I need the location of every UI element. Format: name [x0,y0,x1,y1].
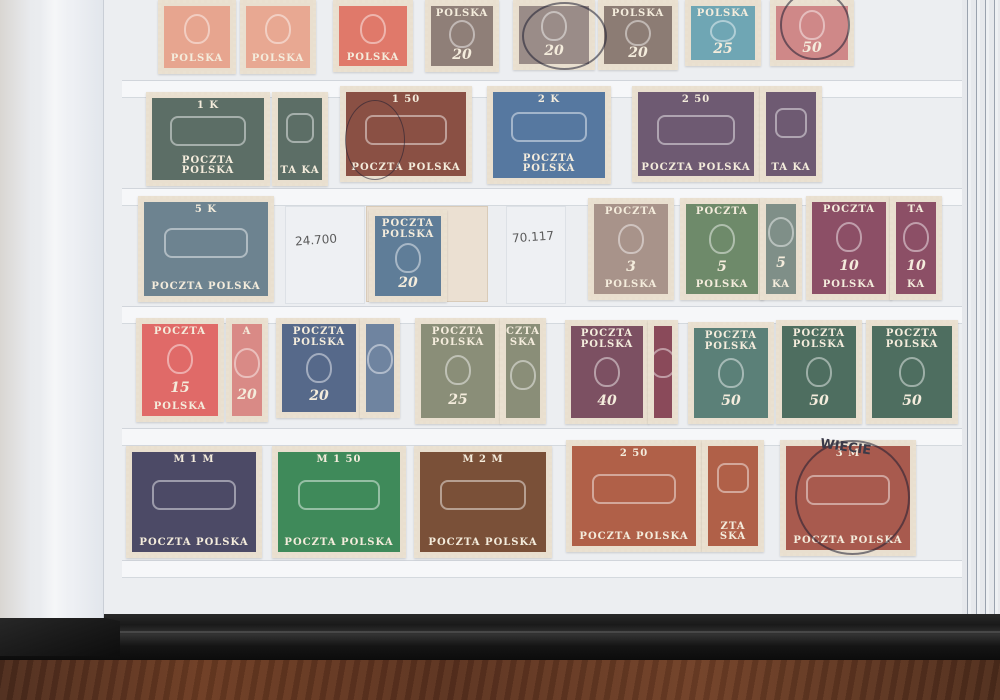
stamp-face: TA10KA [896,202,936,294]
stamp-face: POCZTA10POLSKA [812,202,886,294]
stamp-eagle [360,318,400,418]
stamp-value: 25 [713,42,732,57]
stamp-top-text: POCZTA POLSKA [784,329,854,350]
stamp-top-text: M 1 50 [317,455,362,466]
stamp-face: POLSKA [339,6,407,66]
stamp-eagle: POCZTA POLSKA50 [866,320,958,424]
strip-pocket [122,560,962,578]
stamp-top-text: POCZTA [605,207,657,218]
stamp-eagle: POCZTA10POLSKA [806,196,892,300]
stamp-top-text: 2 50 [682,95,710,106]
stamp-top-text: A [243,327,252,338]
stamp-face: POCZTA POLSKA25 [421,324,495,418]
eagle-emblem-icon [367,344,393,374]
eagle-emblem-icon [449,20,475,49]
stamp-landscape: 2 50POCZTA POLSKA [566,440,702,552]
stamp-face: POCZTA15POLSKA [142,324,218,416]
stamp-face: 5 KPOCZTA POLSKA [144,202,268,296]
stamp-face: POCZTA POLSKA20 [282,324,356,412]
stamp-value: 20 [237,388,256,403]
eagle-emblem-icon [768,217,794,247]
landscape-vignette-icon [717,463,749,493]
castle-vignette-icon [286,113,314,143]
stamp-value: 15 [170,381,189,396]
eagle-emblem-icon [360,14,386,44]
stamp-eagle: POCZTA POLSKA20 [276,318,362,418]
stamp-face: POLSKA [246,6,310,68]
stamp-eagle: POCZTA POLSKA40 [565,320,649,424]
eagle-emblem-icon [899,357,925,387]
stamp-face: M 1 50POCZTA POLSKA [278,452,400,552]
stamp-bottom-text: POLSKA [154,402,207,413]
stamp-value: 40 [597,394,616,409]
landscape-vignette-icon [775,108,807,138]
stamp-bottom-text: POCZTA POLSKA [284,538,393,549]
pencil-note: 70.117 [512,229,553,246]
stamp-eagle: POLSKA20 [425,0,499,72]
stamp-eagle: POCZTA POLSKA50 [688,322,774,424]
stamp-bottom-text: KA [772,280,790,291]
stamp-value: 50 [802,41,821,56]
stamp-value: 10 [839,259,858,274]
stamp-landscape: TA KA [760,86,822,182]
stamp-eagle: POCZTA POLSKA20 [369,210,447,302]
stamp-face: POCZTA POLSKA20 [375,216,441,296]
eagle-emblem-icon [265,14,291,44]
stamp-top-text: 5 K [195,205,217,216]
eagle-emblem-icon [594,357,620,387]
eagle-emblem-icon [836,222,862,252]
eagle-emblem-icon [618,224,644,254]
stamp-eagle: 20 [513,0,595,70]
stamp-album-photo: 24.700 70.117 POLSKAPOLSKAPOLSKAPOLSKA20… [0,0,1000,700]
eagle-emblem-icon [709,224,735,254]
stamp-value: 5 [776,256,786,271]
stamp-face: 50 [776,6,848,60]
stamp-face: 1 KPOCZTA POLSKA [152,98,264,180]
stamp-value: 20 [452,48,471,63]
note-card [285,206,365,304]
stamp-top-text: 2 50 [620,449,648,460]
stamp-face: POCZTA POLSKA50 [694,328,768,418]
wooden-table [0,655,1000,700]
stamp-eagle [648,320,678,424]
stamp-castle: TA KA [272,92,328,186]
stamp-bottom-text: POLSKA [605,280,658,291]
stamp-landscape: ZTA SKA [702,440,764,552]
pencil-note: 24.700 [295,232,338,249]
stamp-top-text: POCZTA POLSKA [377,219,439,240]
stamp-top-text: POCZTA POLSKA [284,327,354,348]
eagle-emblem-icon [718,358,744,388]
stamp-bottom-text: TA KA [280,166,319,177]
stamp-bottom-text: POCZTA POLSKA [139,538,248,549]
stamp-face: POCZTA POLSKA50 [872,326,952,418]
note-card [506,206,566,304]
stamp-eagle: POLSKA [158,0,236,74]
stamp-castle: 1 KPOCZTA POLSKA [146,92,270,186]
stamp-bottom-text: POCZTA POLSKA [641,163,750,174]
stamp-face [366,324,394,412]
castle-vignette-icon [152,480,236,510]
stamp-face: TA KA [278,98,322,180]
stamp-value: 50 [721,394,740,409]
castle-vignette-icon [170,116,246,146]
stamp-top-text: POCZTA POLSKA [573,329,641,350]
stamp-face: POLSKA20 [604,6,672,64]
stamp-value: 20 [628,46,647,61]
stamp-castle: M 1 50POCZTA POLSKA [272,446,406,558]
stamp-top-text: POCZTA POLSKA [696,331,766,352]
stamp-horseman: 5 KPOCZTA POLSKA [138,196,274,302]
eagle-emblem-icon [395,243,421,273]
stamp-face: ZTA SKA [708,446,758,546]
stamp-bottom-text: POLSKA [823,280,876,291]
stamp-eagle: CZTA SKA [500,318,546,424]
stamp-bottom-text: POLSKA [171,54,224,65]
stamp-face: POLSKA20 [431,6,493,66]
stamp-bottom-text: POCZTA POLSKA [428,538,537,549]
eagle-emblem-icon [799,10,825,40]
stamp-bottom-text: POCZTA POLSKA [151,282,260,293]
stamp-bottom-text: POCZTA POLSKA [154,156,262,177]
eagle-emblem-icon [625,20,651,47]
stamp-face: A20 [232,324,262,416]
eagle-emblem-icon [510,360,536,390]
stamp-top-text: POCZTA POLSKA [423,327,493,348]
eagle-emblem-icon [541,11,567,41]
stamp-face: 1 50POCZTA POLSKA [346,92,466,176]
castle-vignette-icon [511,112,587,142]
stamp-eagle: TA10KA [890,196,942,300]
page-edges [962,0,1000,614]
stamp-top-text: TA [908,205,925,216]
stamp-value: 25 [448,393,467,408]
stamp-top-text: CZTA SKA [506,327,540,348]
stamp-bottom-text: POCZTA POLSKA [351,163,460,174]
stamp-face: TA KA [766,92,816,176]
stamp-eagle: POCZTA POLSKA25 [415,318,501,424]
stamp-top-text: M 2 M [462,455,503,466]
stamp-top-text: POCZTA POLSKA [874,329,950,350]
stamp-value: 10 [906,259,925,274]
stamp-eagle: POLSKA25 [685,0,761,66]
stamp-bottom-text: TA KA [771,163,810,174]
stamp-value: 20 [309,389,328,404]
stamp-face: 2 50POCZTA POLSKA [572,446,696,546]
horseman-vignette-icon [164,228,248,258]
stamp-landscape: 3 MPOCZTA POLSKA [780,440,916,556]
stamp-top-text: 1 50 [392,95,420,106]
stamp-bottom-text: POLSKA [696,280,749,291]
stamp-bottom-text: POCZTA POLSKA [579,532,688,543]
stamp-face: M 2 MPOCZTA POLSKA [420,452,546,552]
castle-vignette-icon [298,480,381,510]
stamp-face: POLSKA25 [691,6,755,60]
stamp-value: 20 [544,44,563,59]
stamp-value: 3 [626,260,636,275]
stamp-top-text: POCZTA [823,205,875,216]
eagle-emblem-icon [167,344,193,374]
stamp-top-text: 1 K [197,101,219,112]
landscape-vignette-icon [657,115,735,145]
stamp-bottom-text: ZTA SKA [710,522,756,543]
stamp-top-text: POLSKA [612,9,665,20]
eagle-emblem-icon [806,357,832,387]
stamp-face: POCZTA5POLSKA [686,204,758,294]
stamp-eagle: POCZTA15POLSKA [136,318,224,422]
eagle-emblem-icon [654,348,672,378]
stamp-top-text: M 1 M [173,455,214,466]
eagle-emblem-icon [710,20,736,43]
stamp-eagle: POLSKA [333,0,413,72]
stamp-face: POCZTA3POLSKA [594,204,668,294]
stamp-face: 5KA [766,204,796,294]
stamp-face: POCZTA POLSKA40 [571,326,643,418]
castle-vignette-icon [365,115,446,145]
stamp-top-text: POCZTA [154,327,206,338]
stamp-castle: 2 KPOCZTA POLSKA [487,86,611,184]
stamp-top-text: POLSKA [436,9,489,20]
stamp-eagle: POCZTA3POLSKA [588,198,674,300]
stamp-value: 5 [717,260,727,275]
stamp-bottom-text: POLSKA [252,54,305,65]
stamp-eagle: POCZTA5POLSKA [680,198,764,300]
eagle-emblem-icon [445,355,471,385]
stamp-face: 2 KPOCZTA POLSKA [493,92,605,178]
stamp-face: 3 MPOCZTA POLSKA [786,446,910,550]
stamp-face: POLSKA [164,6,230,68]
stamp-bottom-text: POLSKA [347,53,400,64]
stamp-top-text: POCZTA [696,207,748,218]
eagle-emblem-icon [306,353,332,383]
stamp-castle: M 2 MPOCZTA POLSKA [414,446,552,558]
stamp-top-text: POLSKA [697,9,750,20]
stamp-bottom-text: POCZTA POLSKA [495,154,603,175]
stamp-bottom-text: KA [907,280,925,291]
stamp-face: CZTA SKA [506,324,540,418]
stamp-face: POCZTA POLSKA50 [782,326,856,418]
stamp-castle: M 1 MPOCZTA POLSKA [126,446,262,558]
eagle-emblem-icon [234,348,260,378]
stamp-value: 20 [398,276,417,291]
stamp-face: 20 [519,6,589,64]
album-binder-edge [0,612,1000,660]
stamp-eagle: POLSKA [240,0,316,74]
stamp-eagle: A20 [226,318,268,422]
stamp-eagle: POLSKA20 [598,0,678,70]
stamp-value: 50 [902,394,921,409]
stamp-eagle: POCZTA POLSKA50 [776,320,862,424]
stamp-value: 50 [809,394,828,409]
stamp-eagle: 50 [770,0,854,66]
eagle-emblem-icon [903,222,929,252]
stamp-face: 2 50POCZTA POLSKA [638,92,754,176]
stamp-bottom-text: POCZTA POLSKA [793,536,902,547]
stamp-face [654,326,672,418]
stamp-face: M 1 MPOCZTA POLSKA [132,452,256,552]
landscape-vignette-icon [592,474,676,504]
stamp-landscape: 2 50POCZTA POLSKA [632,86,760,182]
eagle-emblem-icon [184,14,210,44]
interleaving-sheet [0,0,104,618]
stamp-castle: 1 50POCZTA POLSKA [340,86,472,182]
castle-vignette-icon [440,480,525,510]
landscape-vignette-icon [806,475,890,505]
stamp-top-text: 2 K [538,95,560,106]
stamp-eagle: 5KA [760,198,802,300]
